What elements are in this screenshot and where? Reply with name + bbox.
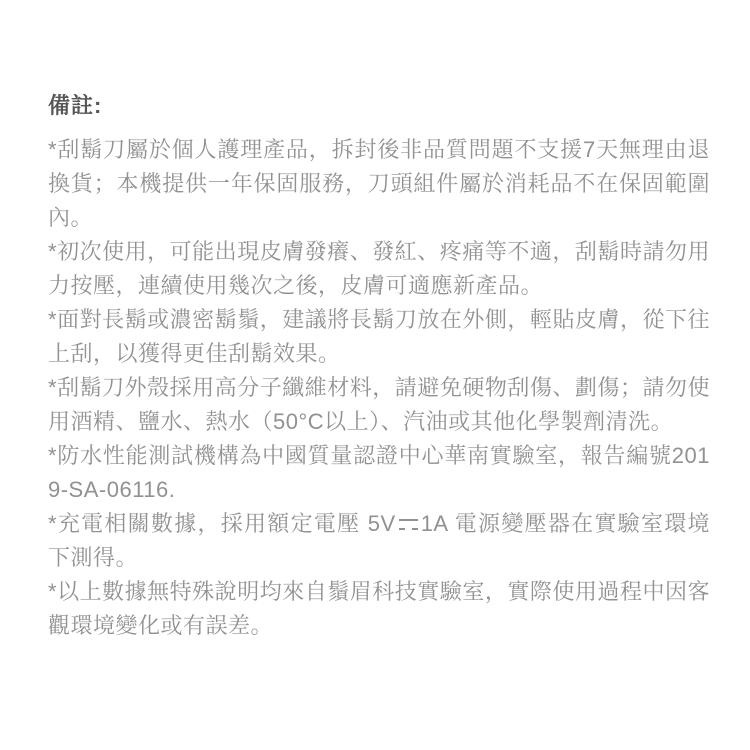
notes-block: 備註: *刮鬍刀屬於個人護理產品，拆封後非品質問題不支援7天無理由退換貨；本機提…: [48, 92, 710, 643]
product-notes-page: 備註: *刮鬍刀屬於個人護理產品，拆封後非品質問題不支援7天無理由退換貨；本機提…: [0, 0, 750, 750]
note-long-beard-tip: *面對長鬍或濃密鬍鬚，建議將長鬍刀放在外側，輕貼皮膚，從下往上刮，以獲得更佳刮鬍…: [48, 303, 710, 371]
notes-heading: 備註:: [48, 92, 710, 120]
note-lab-disclaimer: *以上數據無特殊說明均來自鬚眉科技實驗室，實際使用過程中因客觀環境變化或有誤差。: [48, 575, 710, 643]
note-charging-data: *充電相關數據，採用額定電壓 5V1A 電源變壓器在實驗室環境下測得。: [48, 507, 710, 575]
note-shell-cleaning: *刮鬍刀外殼採用高分子纖維材料，請避免硬物刮傷、劃傷；請勿使用酒精、鹽水、熱水（…: [48, 371, 710, 439]
note-return-policy: *刮鬍刀屬於個人護理產品，拆封後非品質問題不支援7天無理由退換貨；本機提供一年保…: [48, 133, 710, 235]
dc-current-icon: [399, 519, 418, 530]
note-first-use: *初次使用，可能出現皮膚發癢、發紅、疼痛等不適，刮鬍時請勿用力按壓，連續使用幾次…: [48, 235, 710, 303]
note-waterproof-test: *防水性能測試機構為中國質量認證中心華南實驗室，報告編號2019-SA-0611…: [48, 439, 710, 507]
note-charging-text-before: *充電相關數據，採用額定電壓 5V: [48, 511, 396, 536]
